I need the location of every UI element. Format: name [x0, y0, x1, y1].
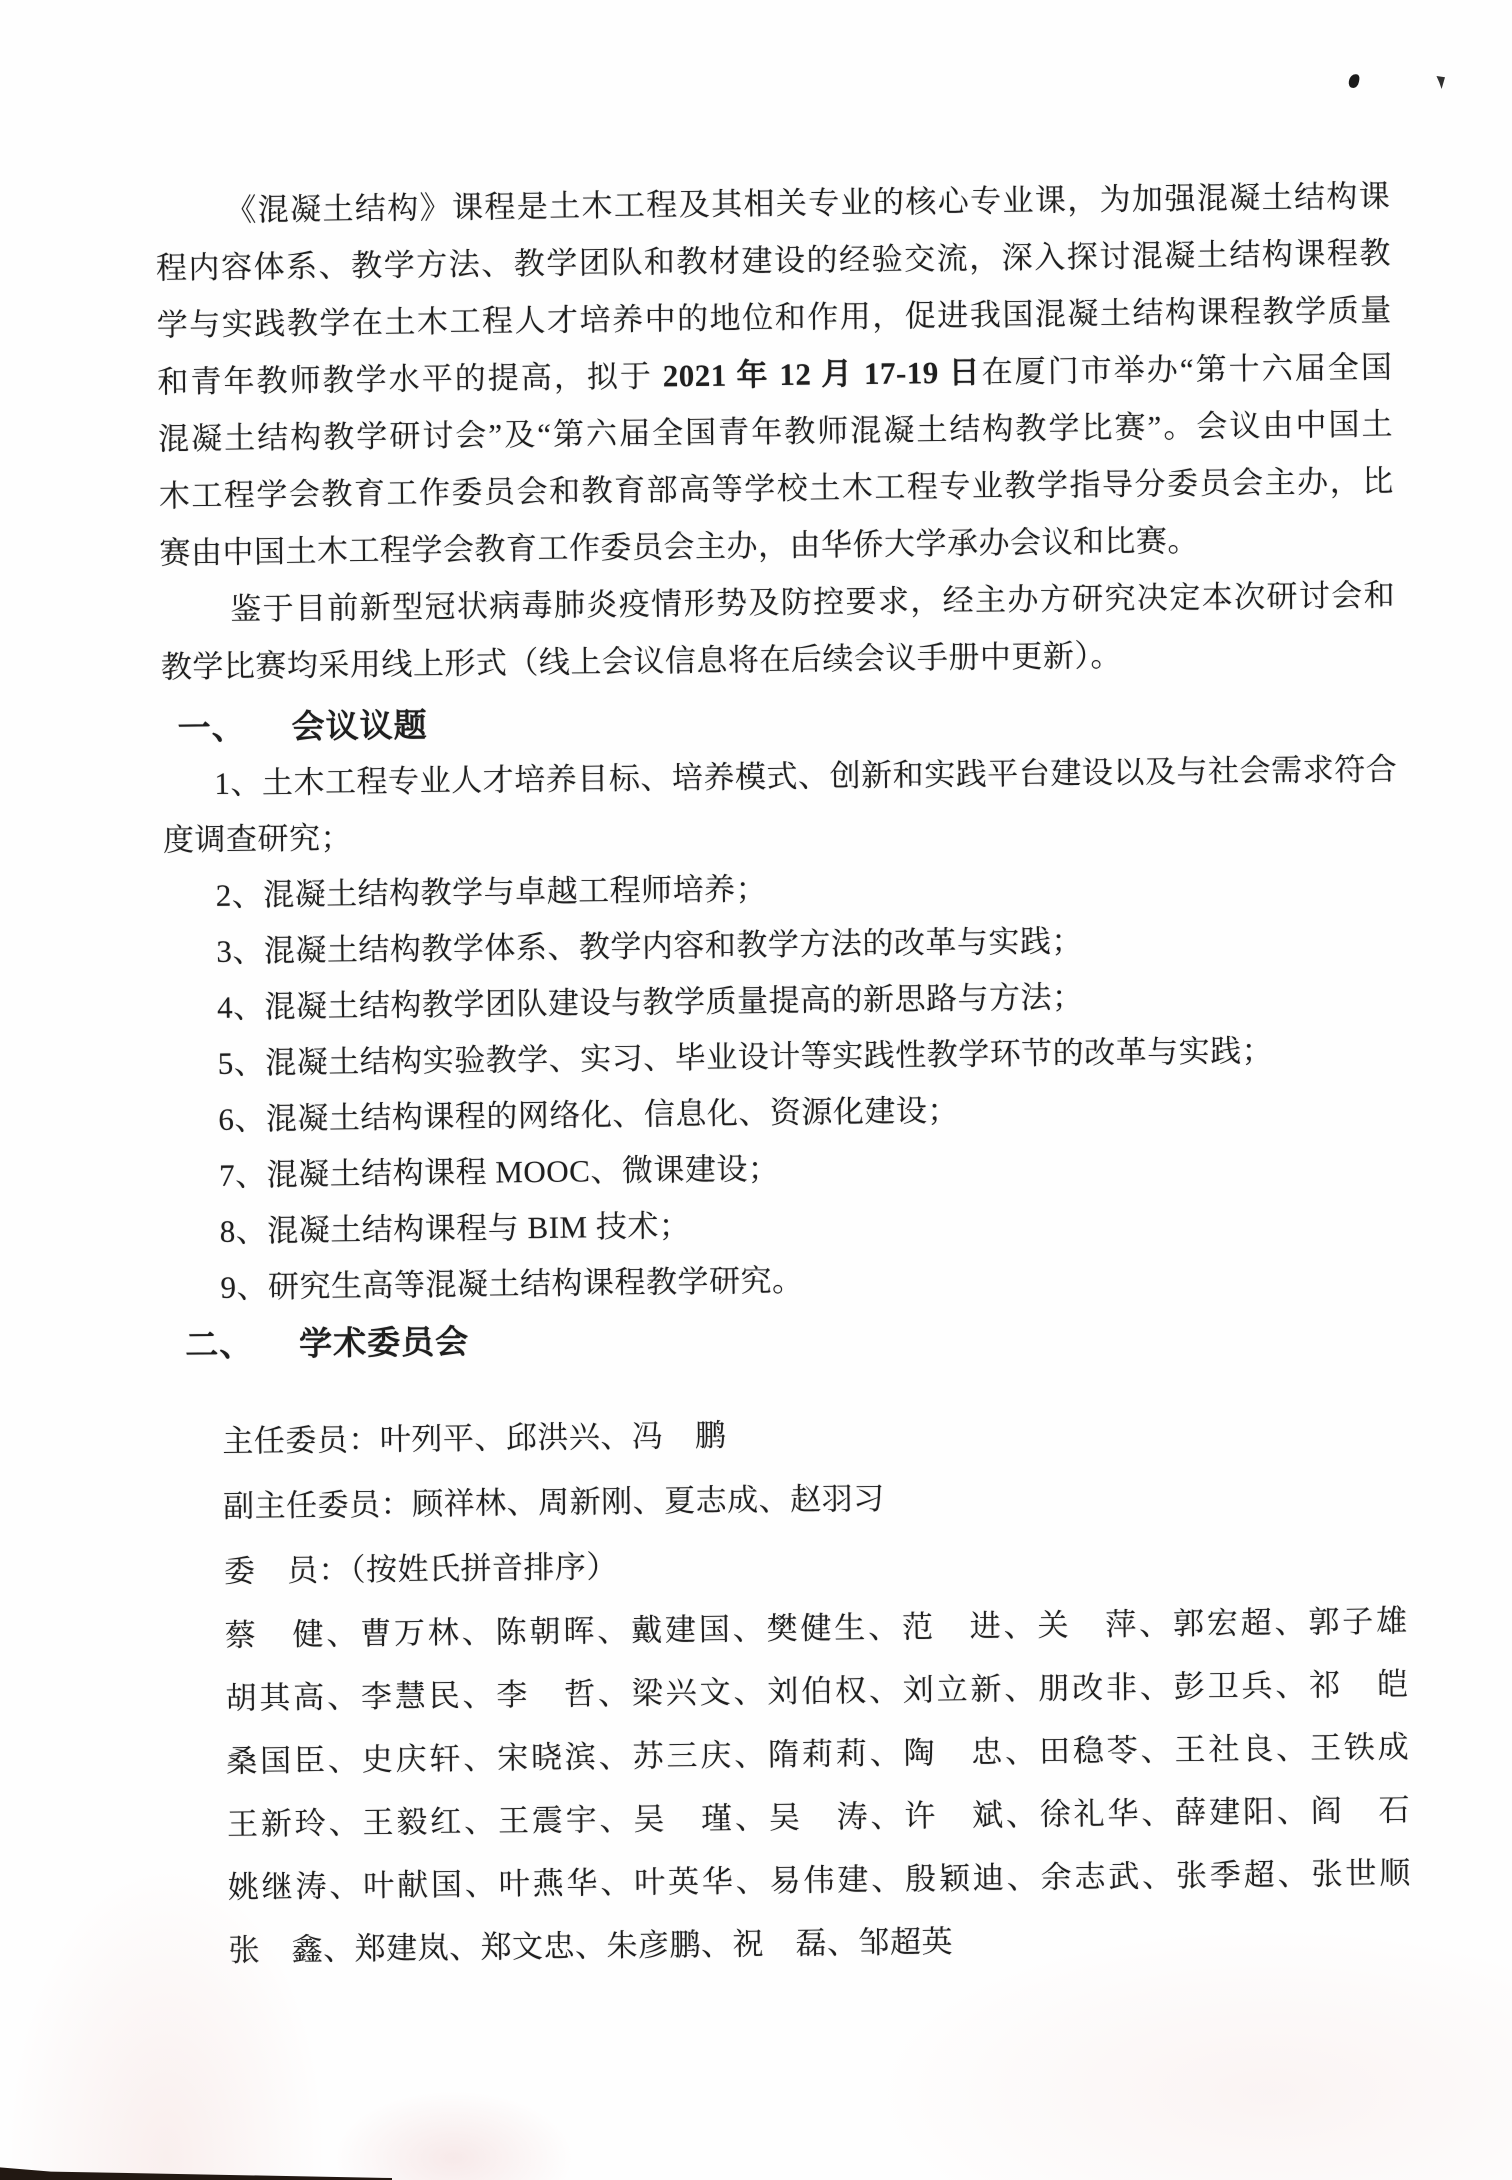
section-number: 二、	[185, 1326, 253, 1364]
document-content: 《混凝土结构》课程是土木工程及其相关专业的核心专业课，为加强混凝土结构课程内容体…	[0, 0, 1512, 1985]
role-label: 委 员：	[224, 1552, 350, 1589]
role-names: 叶列平、邱洪兴、冯 鹏	[380, 1418, 727, 1457]
role-names: 顾祥林、周新刚、夏志成、赵羽习	[412, 1481, 885, 1522]
intro-paragraph-1: 《混凝土结构》课程是土木工程及其相关专业的核心专业课，为加强混凝土结构课程内容体…	[155, 168, 1395, 582]
text-line: 张 鑫、郑建岚、郑文忠、朱彦鹏、祝 磊、邹超英	[228, 1904, 1412, 1981]
section-title: 学术委员会	[299, 1323, 469, 1362]
committee-member-rows: 蔡 健、曹万林、陈朝晖、戴建国、樊健生、范 进、关 萍、郭宏超、郭子雄胡其高、李…	[172, 1589, 1412, 1982]
committee-roles: 主任委员：叶列平、邱洪兴、冯 鹏 副主任委员：顾祥林、周新刚、夏志成、赵羽习 委…	[170, 1394, 1407, 1604]
scanned-document-page: { "document": { "language": "zh-CN", "co…	[0, 0, 1512, 2180]
role-label: 副主任委员：	[223, 1487, 412, 1524]
meeting-topic-list: 1、土木工程专业人才培养目标、培养模式、创新和实践平台建设以及与社会需求符合度调…	[162, 741, 1404, 1316]
role-label: 主任委员：	[222, 1422, 380, 1459]
intro-paragraph-2: 鉴于目前新型冠状病毒肺炎疫情形势及防控要求，经主办方研究决定本次研讨会和教学比赛…	[160, 567, 1396, 696]
section-number: 一、	[177, 709, 245, 747]
section-title: 会议议题	[291, 706, 427, 745]
scan-corner-shadow	[0, 2166, 392, 2180]
role-names: （按姓氏拼音排序）	[350, 1549, 618, 1587]
